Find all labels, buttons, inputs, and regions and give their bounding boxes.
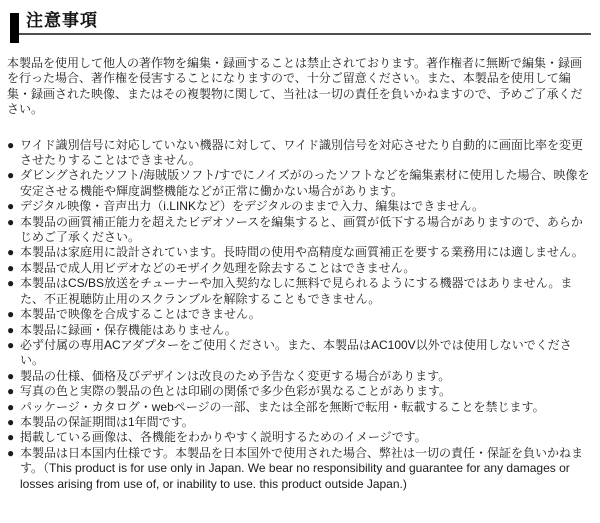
notice-item: ● パッケージ・カタログ・webページの一部、または全部を無断で転用・転載するこ…: [7, 400, 591, 415]
notice-text: 写真の色と実際の製品の色とは印刷の関係で多少色彩が異なることがあります。: [20, 384, 591, 399]
precautions-document: 注意事項 本製品を使用して他人の著作物を編集・録画することは禁止されております。…: [0, 0, 600, 523]
notice-item: ● 本製品の画質補正能力を超えたビデオソースを編集すると、画質が低下する場合があ…: [7, 215, 591, 246]
notice-text: 本製品の画質補正能力を超えたビデオソースを編集すると、画質が低下する場合がありま…: [20, 215, 591, 246]
notice-item: ● 本製品で成人用ビデオなどのモザイク処理を除去することはできません。: [7, 261, 591, 276]
notice-item: ● 本製品の保証期間は1年間です。: [7, 415, 591, 430]
notice-text: 本製品に録画・保存機能はありません。: [20, 323, 591, 338]
bullet-icon: ●: [7, 446, 20, 461]
notice-text: 本製品で映像を合成することはできません。: [20, 307, 591, 322]
header-rule: [19, 33, 591, 35]
notice-list: ● ワイド識別信号に対応していない機器に対して、ワイド識別信号を対応させたり自動…: [7, 138, 591, 492]
notice-item: ● ワイド識別信号に対応していない機器に対して、ワイド識別信号を対応させたり自動…: [7, 138, 591, 169]
bullet-icon: ●: [7, 276, 20, 291]
bullet-icon: ●: [7, 168, 20, 183]
notice-text: 本製品は日本国内仕様です。本製品を日本国外で使用された場合、弊社は一切の責任・保…: [20, 446, 591, 492]
bullet-icon: ●: [7, 369, 20, 384]
notice-text: デジタル映像・音声出力（i.LINKなど）をデジタルのままで入力、編集はできませ…: [20, 199, 591, 214]
bullet-icon: ●: [7, 400, 20, 415]
bullet-icon: ●: [7, 199, 20, 214]
bullet-icon: ●: [7, 323, 20, 338]
notice-item: ● ダビングされたソフト/海賊版ソフト/すでにノイズがのったソフトなどを編集素材…: [7, 168, 591, 199]
notice-text: パッケージ・カタログ・webページの一部、または全部を無断で転用・転載することを…: [20, 400, 591, 415]
bullet-icon: ●: [7, 138, 20, 153]
notice-text: ワイド識別信号に対応していない機器に対して、ワイド識別信号を対応させたり自動的に…: [20, 138, 591, 169]
notice-item: ● 本製品はCS/BS放送をチューナーや加入契約なしに無料で見られるようにする機…: [7, 276, 591, 307]
notice-text: 本製品はCS/BS放送をチューナーや加入契約なしに無料で見られるようにする機器で…: [20, 276, 591, 307]
notice-item: ● 製品の仕様、価格及びデザインは改良のため予告なく変更する場合があります。: [7, 369, 591, 384]
bullet-icon: ●: [7, 384, 20, 399]
notice-item: ● 本製品は日本国内仕様です。本製品を日本国外で使用された場合、弊社は一切の責任…: [7, 446, 591, 492]
bullet-icon: ●: [7, 261, 20, 276]
notice-item: ● 本製品は家庭用に設計されています。長時間の使用や高精度な画質補正を要する業務…: [7, 245, 591, 260]
page-title: 注意事項: [26, 11, 98, 31]
notice-item: ● 写真の色と実際の製品の色とは印刷の関係で多少色彩が異なることがあります。: [7, 384, 591, 399]
notice-text: ダビングされたソフト/海賊版ソフト/すでにノイズがのったソフトなどを編集素材に使…: [20, 168, 591, 199]
notice-text: 本製品の保証期間は1年間です。: [20, 415, 591, 430]
notice-text: 本製品で成人用ビデオなどのモザイク処理を除去することはできません。: [20, 261, 591, 276]
notice-text: 掲載している画像は、各機能をわかりやすく説明するためのイメージです。: [20, 430, 591, 445]
bullet-icon: ●: [7, 430, 20, 445]
notice-text: 必ず付属の専用ACアダプターをご使用ください。また、本製品はAC100V以外では…: [20, 338, 591, 369]
bullet-icon: ●: [7, 307, 20, 322]
intro-paragraph: 本製品を使用して他人の著作物を編集・録画することは禁止されております。著作権者に…: [7, 56, 591, 118]
header-accent-bar: [10, 13, 19, 43]
notice-item: ● 本製品に録画・保存機能はありません。: [7, 323, 591, 338]
bullet-icon: ●: [7, 338, 20, 353]
notice-item: ● 必ず付属の専用ACアダプターをご使用ください。また、本製品はAC100V以外…: [7, 338, 591, 369]
bullet-icon: ●: [7, 245, 20, 260]
bullet-icon: ●: [7, 215, 20, 230]
notice-text: 本製品は家庭用に設計されています。長時間の使用や高精度な画質補正を要する業務用に…: [20, 245, 591, 260]
notice-item: ● 本製品で映像を合成することはできません。: [7, 307, 591, 322]
bullet-icon: ●: [7, 415, 20, 430]
document-header: 注意事項: [0, 0, 600, 46]
notice-text: 製品の仕様、価格及びデザインは改良のため予告なく変更する場合があります。: [20, 369, 591, 384]
notice-item: ● デジタル映像・音声出力（i.LINKなど）をデジタルのままで入力、編集はでき…: [7, 199, 591, 214]
notice-item: ● 掲載している画像は、各機能をわかりやすく説明するためのイメージです。: [7, 430, 591, 445]
